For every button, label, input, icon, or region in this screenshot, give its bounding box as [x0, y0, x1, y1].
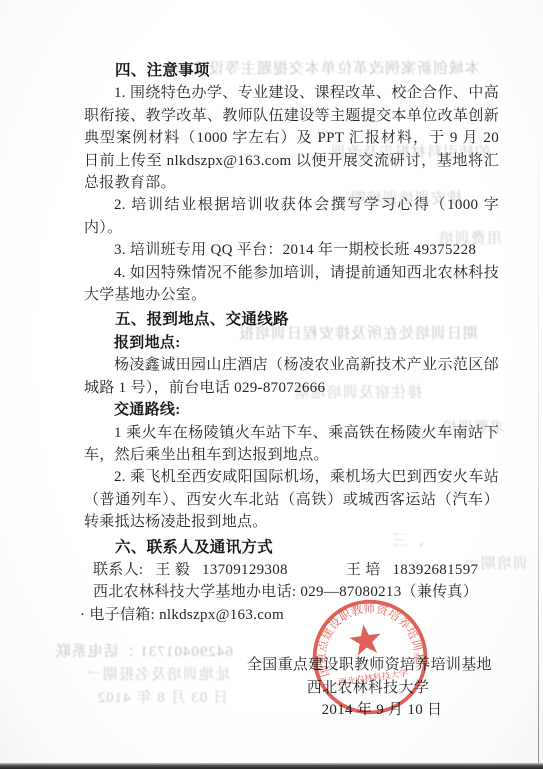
section4-paragraph-3: 3. 培训班专用 QQ 平台：2014 年一期校长班 49375228	[84, 239, 499, 261]
signature-block: 全国重点建设职教师资培养培训基地 西北农林科技大学 2014 年 9 月 10 …	[247, 654, 489, 721]
section4-heading: 四、注意事项	[84, 60, 499, 82]
contact-name-2: 王 培	[346, 562, 381, 578]
section4-paragraph-2: 2. 培训结业根据培训收获体会撰写学习心得（1000 字内）。	[84, 194, 499, 239]
signature-date: 2014 年 9 月 10 日	[261, 699, 503, 721]
scan-edge-right	[538, 0, 539, 763]
section5-heading: 五、报到地点、交通线路	[84, 309, 499, 331]
registration-location-label: 报到地点:	[84, 332, 499, 354]
scan-edge-bottom	[0, 763, 543, 769]
section6-heading: 六、联系人及通讯方式	[84, 537, 499, 559]
route-paragraph-2: 2. 乘飞机至西安咸阳国际机场，乘机场大巴到西安火车站（普通列车）、西安火车北站…	[84, 466, 499, 533]
registration-location-text: 杨凌鑫诚田园山庄酒店（杨凌农业高新技术产业示范区邰城路 1 号），前台电话 02…	[84, 354, 499, 399]
office-phone-line: 西北农林科技大学基地办电话: 029—87080213（兼传真）	[84, 581, 499, 603]
section4-paragraph-1: 1. 围绕特色办学、专业建设、课程改革、校企合作、中高职衔接、教学改革、教师队伍…	[84, 82, 499, 194]
section4-paragraph-4: 4. 如因特殊情况不能参加培训，请提前通知西北农林科技大学基地办公室。	[84, 262, 499, 307]
document-content: 四、注意事项 1. 围绕特色办学、专业建设、课程改革、校企合作、中高职衔接、教学…	[84, 60, 499, 721]
signature-org-line-1: 全国重点建设职教师资培养培训基地	[247, 654, 489, 676]
contact-name-1: 王 毅	[155, 562, 190, 578]
route-paragraph-1: 1 乘火车在杨陵镇火车站下车、乘高铁在杨陵火车南站下车，然后乘坐出租车到达报到地…	[84, 422, 499, 467]
email-line: · 电子信箱: nlkdszpx@163.com	[80, 604, 499, 626]
transport-route-label: 交通路线:	[84, 399, 499, 421]
scanned-document-page: 本域创新案例改革位单本交提题主等设建伍队师教 的转引料材报告及改训 排安训培训培…	[0, 0, 543, 769]
contact-label: 联系人:	[93, 562, 143, 578]
contact-persons-line: 联系人:王 毅13709129308王 培18392681597	[84, 559, 499, 581]
signature-org-line-2: 西北农林科技大学	[247, 677, 489, 699]
contact-phone-2: 18392681597	[393, 562, 479, 578]
contact-phone-1: 13709129308	[202, 562, 288, 578]
